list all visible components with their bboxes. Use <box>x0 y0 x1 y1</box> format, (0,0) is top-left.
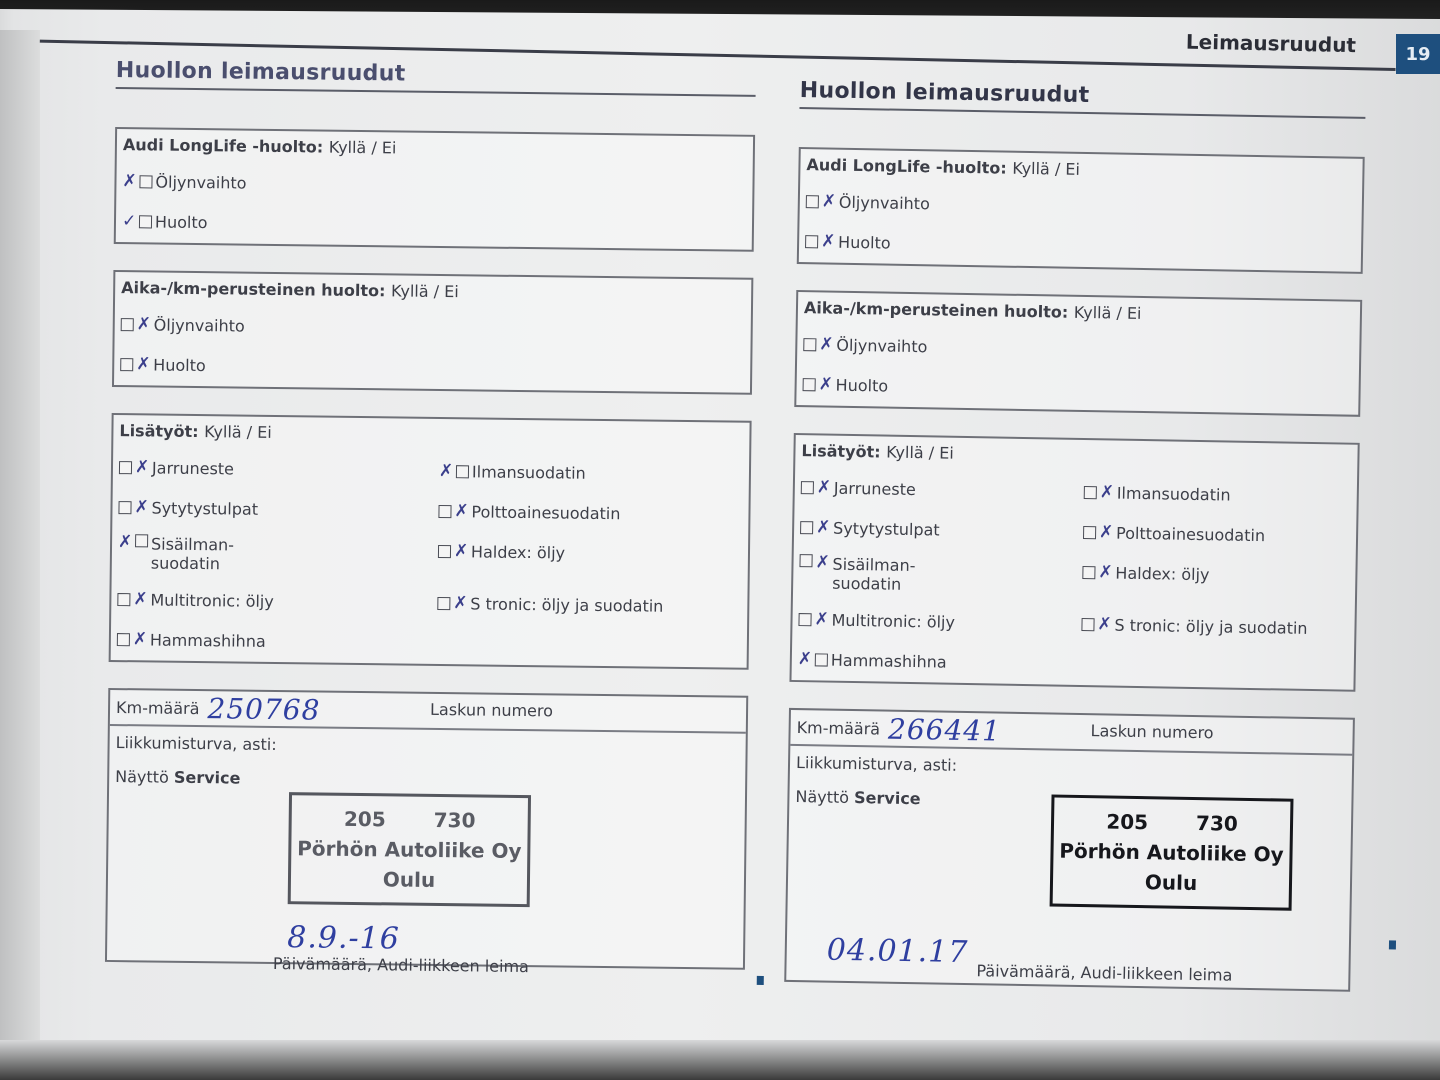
extras-box: Lisätyöt: Kyllä / Ei ✗Jarruneste ✗Ilmans… <box>109 413 752 670</box>
checkbox[interactable] <box>139 215 152 228</box>
handwritten-check-icon: ✗ <box>454 543 468 559</box>
handwritten-check-icon: ✗ <box>1098 564 1112 580</box>
date-stamp-caption: Päivämäärä, Audi-liikkeen leima <box>976 961 1232 984</box>
time-km-heading: Aika-/km-perusteinen huolto: Kyllä / Ei <box>804 298 1354 327</box>
checkbox[interactable] <box>117 633 130 646</box>
handwritten-check-icon: ✓ <box>122 213 136 229</box>
checkbox[interactable] <box>815 653 828 666</box>
checkbox-row[interactable]: ✗Polttoainesuodatin <box>1083 519 1350 550</box>
handwritten-check-icon: ✗ <box>134 499 148 515</box>
handwritten-check-icon: ✗ <box>133 591 147 607</box>
checkbox-row[interactable]: ✗Polttoainesuodatin <box>438 498 742 528</box>
handwritten-check-icon: ✗ <box>819 336 833 352</box>
time-km-box: Aika-/km-perusteinen huolto: Kyllä / Ei … <box>794 290 1362 417</box>
checkbox[interactable] <box>119 461 132 474</box>
extras-heading: Lisätyöt: Kyllä / Ei <box>119 421 743 448</box>
stamp-column-2: Huollon leimausruudut Audi LongLife -huo… <box>784 78 1366 992</box>
invoice-number-label: Laskun numero <box>430 700 553 721</box>
section-end-marker <box>757 976 764 985</box>
longlife-heading: Audi LongLife -huolto: Kyllä / Ei <box>123 135 747 162</box>
checkbox[interactable] <box>1084 486 1097 499</box>
invoice-number-label: Laskun numero <box>1090 721 1213 742</box>
checkbox-row[interactable]: ✗Huolto <box>802 371 1352 407</box>
checkbox-row[interactable]: ✗Öljynvaihto <box>122 168 746 202</box>
longlife-heading: Audi LongLife -huolto: Kyllä / Ei <box>806 155 1356 184</box>
checkbox-row[interactable]: ✗Ilmansuodatin <box>439 458 743 488</box>
dealer-stamp: 205730 Pörhön Autoliike Oy Oulu <box>1050 794 1294 910</box>
mileage-label: Km-määrä <box>797 718 881 738</box>
service-record-box: Km-määrä 250768 Laskun numero Liikkumist… <box>105 688 748 970</box>
checkbox[interactable] <box>799 554 812 567</box>
checkbox-row[interactable]: ✗Öljynvaihto <box>806 188 1356 224</box>
mileage-value: 266441 <box>888 712 1001 747</box>
checkbox-row[interactable]: ✗Öljynvaihto <box>803 331 1353 367</box>
handwritten-check-icon: ✗ <box>1099 524 1113 540</box>
checkbox[interactable] <box>798 613 811 626</box>
handwritten-check-icon: ✗ <box>815 554 829 570</box>
handwritten-check-icon: ✗ <box>814 611 828 627</box>
dealer-name: Pörhön Autoliike Oy <box>1059 836 1284 870</box>
date-stamp-caption: Päivämäärä, Audi-liikkeen leima <box>273 954 529 976</box>
longlife-box: Audi LongLife -huolto: Kyllä / Ei ✗Öljyn… <box>114 127 755 252</box>
service-record-box: Km-määrä 266441 Laskun numero Liikkumist… <box>784 708 1355 992</box>
checkbox[interactable] <box>806 195 819 208</box>
checkbox[interactable] <box>803 338 816 351</box>
running-title: Leimausruudut <box>1186 30 1357 58</box>
handwritten-check-icon: ✗ <box>822 193 836 209</box>
dealer-stamp: 205730 Pörhön Autoliike Oy Oulu <box>288 792 531 907</box>
checkbox-row[interactable]: ✗Jarruneste <box>801 474 1068 505</box>
handwritten-check-icon: ✗ <box>454 503 468 519</box>
checkbox[interactable] <box>800 521 813 534</box>
checkbox-row[interactable]: ✗Huolto <box>120 351 744 385</box>
handwritten-check-icon: ✗ <box>1097 616 1111 632</box>
handwritten-check-icon: ✗ <box>819 376 833 392</box>
checkbox[interactable] <box>117 593 130 606</box>
service-date: 8.9.-16 <box>287 920 400 956</box>
checkbox-row[interactable]: ✗S tronic: öljy ja suodatin <box>1081 611 1348 642</box>
checkbox-row[interactable]: ✓Huolto <box>122 208 746 242</box>
stamp-column-1: Huollon leimausruudut Audi LongLife -huo… <box>105 58 756 970</box>
checkbox[interactable] <box>438 504 451 517</box>
background-bottom <box>0 1040 1440 1080</box>
checkbox-row[interactable]: ✗Multitronic: öljy <box>798 606 1065 637</box>
checkbox-row[interactable]: ✗Hammashihna <box>798 646 1065 677</box>
service-date: 04.01.17 <box>826 933 968 970</box>
section-title: Huollon leimausruudut <box>116 58 756 97</box>
handwritten-check-icon: ✗ <box>137 316 151 332</box>
checkbox[interactable] <box>135 534 148 547</box>
handwritten-check-icon: ✗ <box>816 519 830 535</box>
dealer-city: Oulu <box>383 864 436 895</box>
handwritten-check-icon: ✗ <box>453 595 467 611</box>
checkbox[interactable] <box>118 501 131 514</box>
checkbox-row[interactable]: ✗Hammashihna <box>117 626 421 656</box>
time-km-heading: Aika-/km-perusteinen huolto: Kyllä / Ei <box>121 278 745 305</box>
mileage-label: Km-määrä <box>116 698 200 718</box>
checkbox[interactable] <box>1081 617 1094 630</box>
checkbox[interactable] <box>437 596 450 609</box>
handwritten-check-icon: ✗ <box>1100 484 1114 500</box>
checkbox-row[interactable]: ✗Sytytystulpat <box>118 494 422 524</box>
checkbox-row[interactable]: ✗Haldex: öljy <box>1082 559 1349 590</box>
page-number-badge: 19 <box>1396 34 1440 74</box>
checkbox[interactable] <box>801 481 814 494</box>
dealer-city: Oulu <box>1145 867 1198 898</box>
checkbox-row[interactable]: ✗Haldex: öljy <box>438 538 742 568</box>
checkbox-row[interactable]: ✗Sisäilman-suodatin <box>118 534 422 576</box>
handwritten-check-icon: ✗ <box>135 459 149 475</box>
longlife-box: Audi LongLife -huolto: Kyllä / Ei ✗Öljyn… <box>797 147 1365 274</box>
checkbox[interactable] <box>456 465 469 478</box>
checkbox[interactable] <box>1083 526 1096 539</box>
handwritten-check-icon: ✗ <box>798 651 812 667</box>
checkbox[interactable] <box>805 235 818 248</box>
handwritten-check-icon: ✗ <box>133 631 147 647</box>
checkbox-row[interactable]: ✗Multitronic: öljy <box>117 586 421 616</box>
extras-box: Lisätyöt: Kyllä / Ei ✗Jarruneste ✗Ilmans… <box>789 433 1359 692</box>
handwritten-check-icon: ✗ <box>817 479 831 495</box>
dealer-name: Pörhön Autoliike Oy <box>297 833 522 866</box>
checkbox[interactable] <box>1082 566 1095 579</box>
handwritten-check-icon: ✗ <box>136 356 150 372</box>
checkbox-row[interactable]: ✗Sytytystulpat <box>800 514 1067 545</box>
checkbox[interactable] <box>120 358 133 371</box>
handwritten-check-icon: ✗ <box>122 173 136 189</box>
mileage-value: 250768 <box>207 692 320 726</box>
handwritten-check-icon: ✗ <box>439 463 453 479</box>
section-end-marker <box>1389 940 1396 949</box>
page-edge <box>0 30 40 1080</box>
checkbox-row[interactable]: ✗Sisäilman-suodatin <box>799 554 1067 597</box>
extras-heading: Lisätyöt: Kyllä / Ei <box>801 441 1351 470</box>
checkbox-row[interactable]: ✗Öljynvaihto <box>121 311 745 345</box>
handwritten-check-icon: ✗ <box>821 233 835 249</box>
checkbox[interactable] <box>121 318 134 331</box>
checkbox[interactable] <box>438 544 451 557</box>
checkbox-row[interactable]: ✗Ilmansuodatin <box>1084 479 1351 510</box>
checkbox-row[interactable]: ✗S tronic: öljy ja suodatin <box>437 590 741 620</box>
checkbox-row[interactable]: ✗Jarruneste <box>119 454 423 484</box>
handwritten-check-icon: ✗ <box>118 534 132 550</box>
time-km-box: Aika-/km-perusteinen huolto: Kyllä / Ei … <box>112 270 753 395</box>
checkbox[interactable] <box>139 175 152 188</box>
checkbox[interactable] <box>803 378 816 391</box>
checkbox-row[interactable]: ✗Huolto <box>805 228 1355 264</box>
